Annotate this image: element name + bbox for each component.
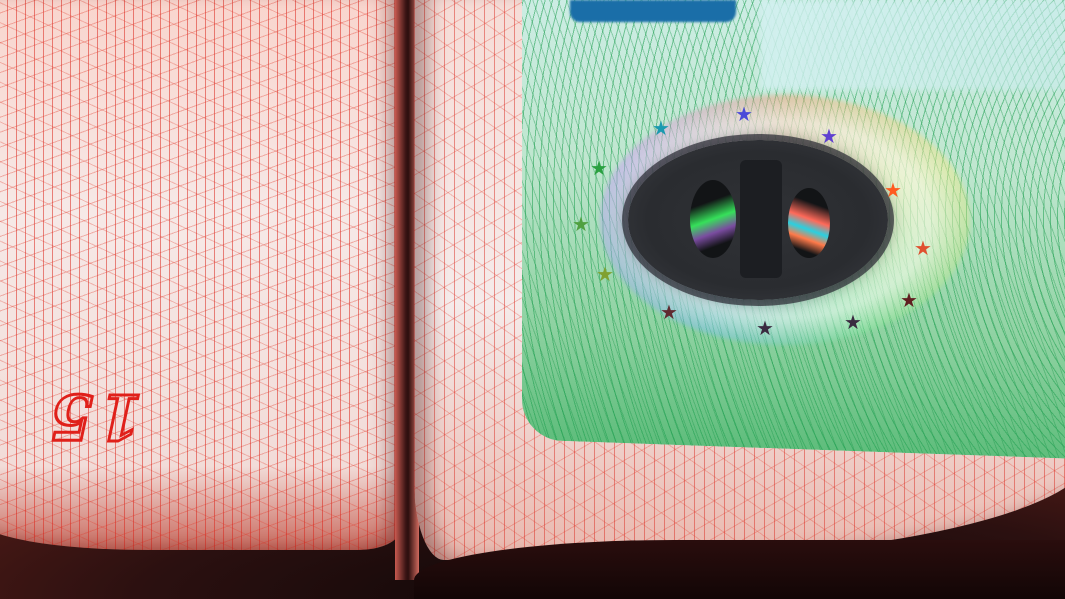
passport-photo: 15 ★ ★ ★ ★ ★ ★ ★ ★ ★ ★ ★ ★ bbox=[0, 0, 1065, 599]
hologram-emblem-bar bbox=[740, 160, 782, 278]
star-icon: ★ bbox=[735, 104, 753, 124]
hologram-left-window bbox=[690, 180, 736, 258]
star-icon: ★ bbox=[844, 312, 862, 332]
star-icon: ★ bbox=[652, 118, 670, 138]
star-icon: ★ bbox=[914, 238, 932, 258]
page-number: 15 bbox=[36, 380, 150, 453]
star-icon: ★ bbox=[660, 302, 678, 322]
lower-page-edge bbox=[414, 540, 1065, 599]
left-passport-page bbox=[0, 0, 400, 550]
sticker-top-text-area bbox=[760, 0, 1065, 90]
star-icon: ★ bbox=[900, 290, 918, 310]
star-icon: ★ bbox=[756, 318, 774, 338]
sticker-blue-band bbox=[570, 0, 736, 22]
star-icon: ★ bbox=[884, 180, 902, 200]
star-icon: ★ bbox=[590, 158, 608, 178]
hologram-right-window bbox=[788, 188, 830, 258]
star-icon: ★ bbox=[820, 126, 838, 146]
star-icon: ★ bbox=[572, 214, 590, 234]
star-icon: ★ bbox=[596, 264, 614, 284]
